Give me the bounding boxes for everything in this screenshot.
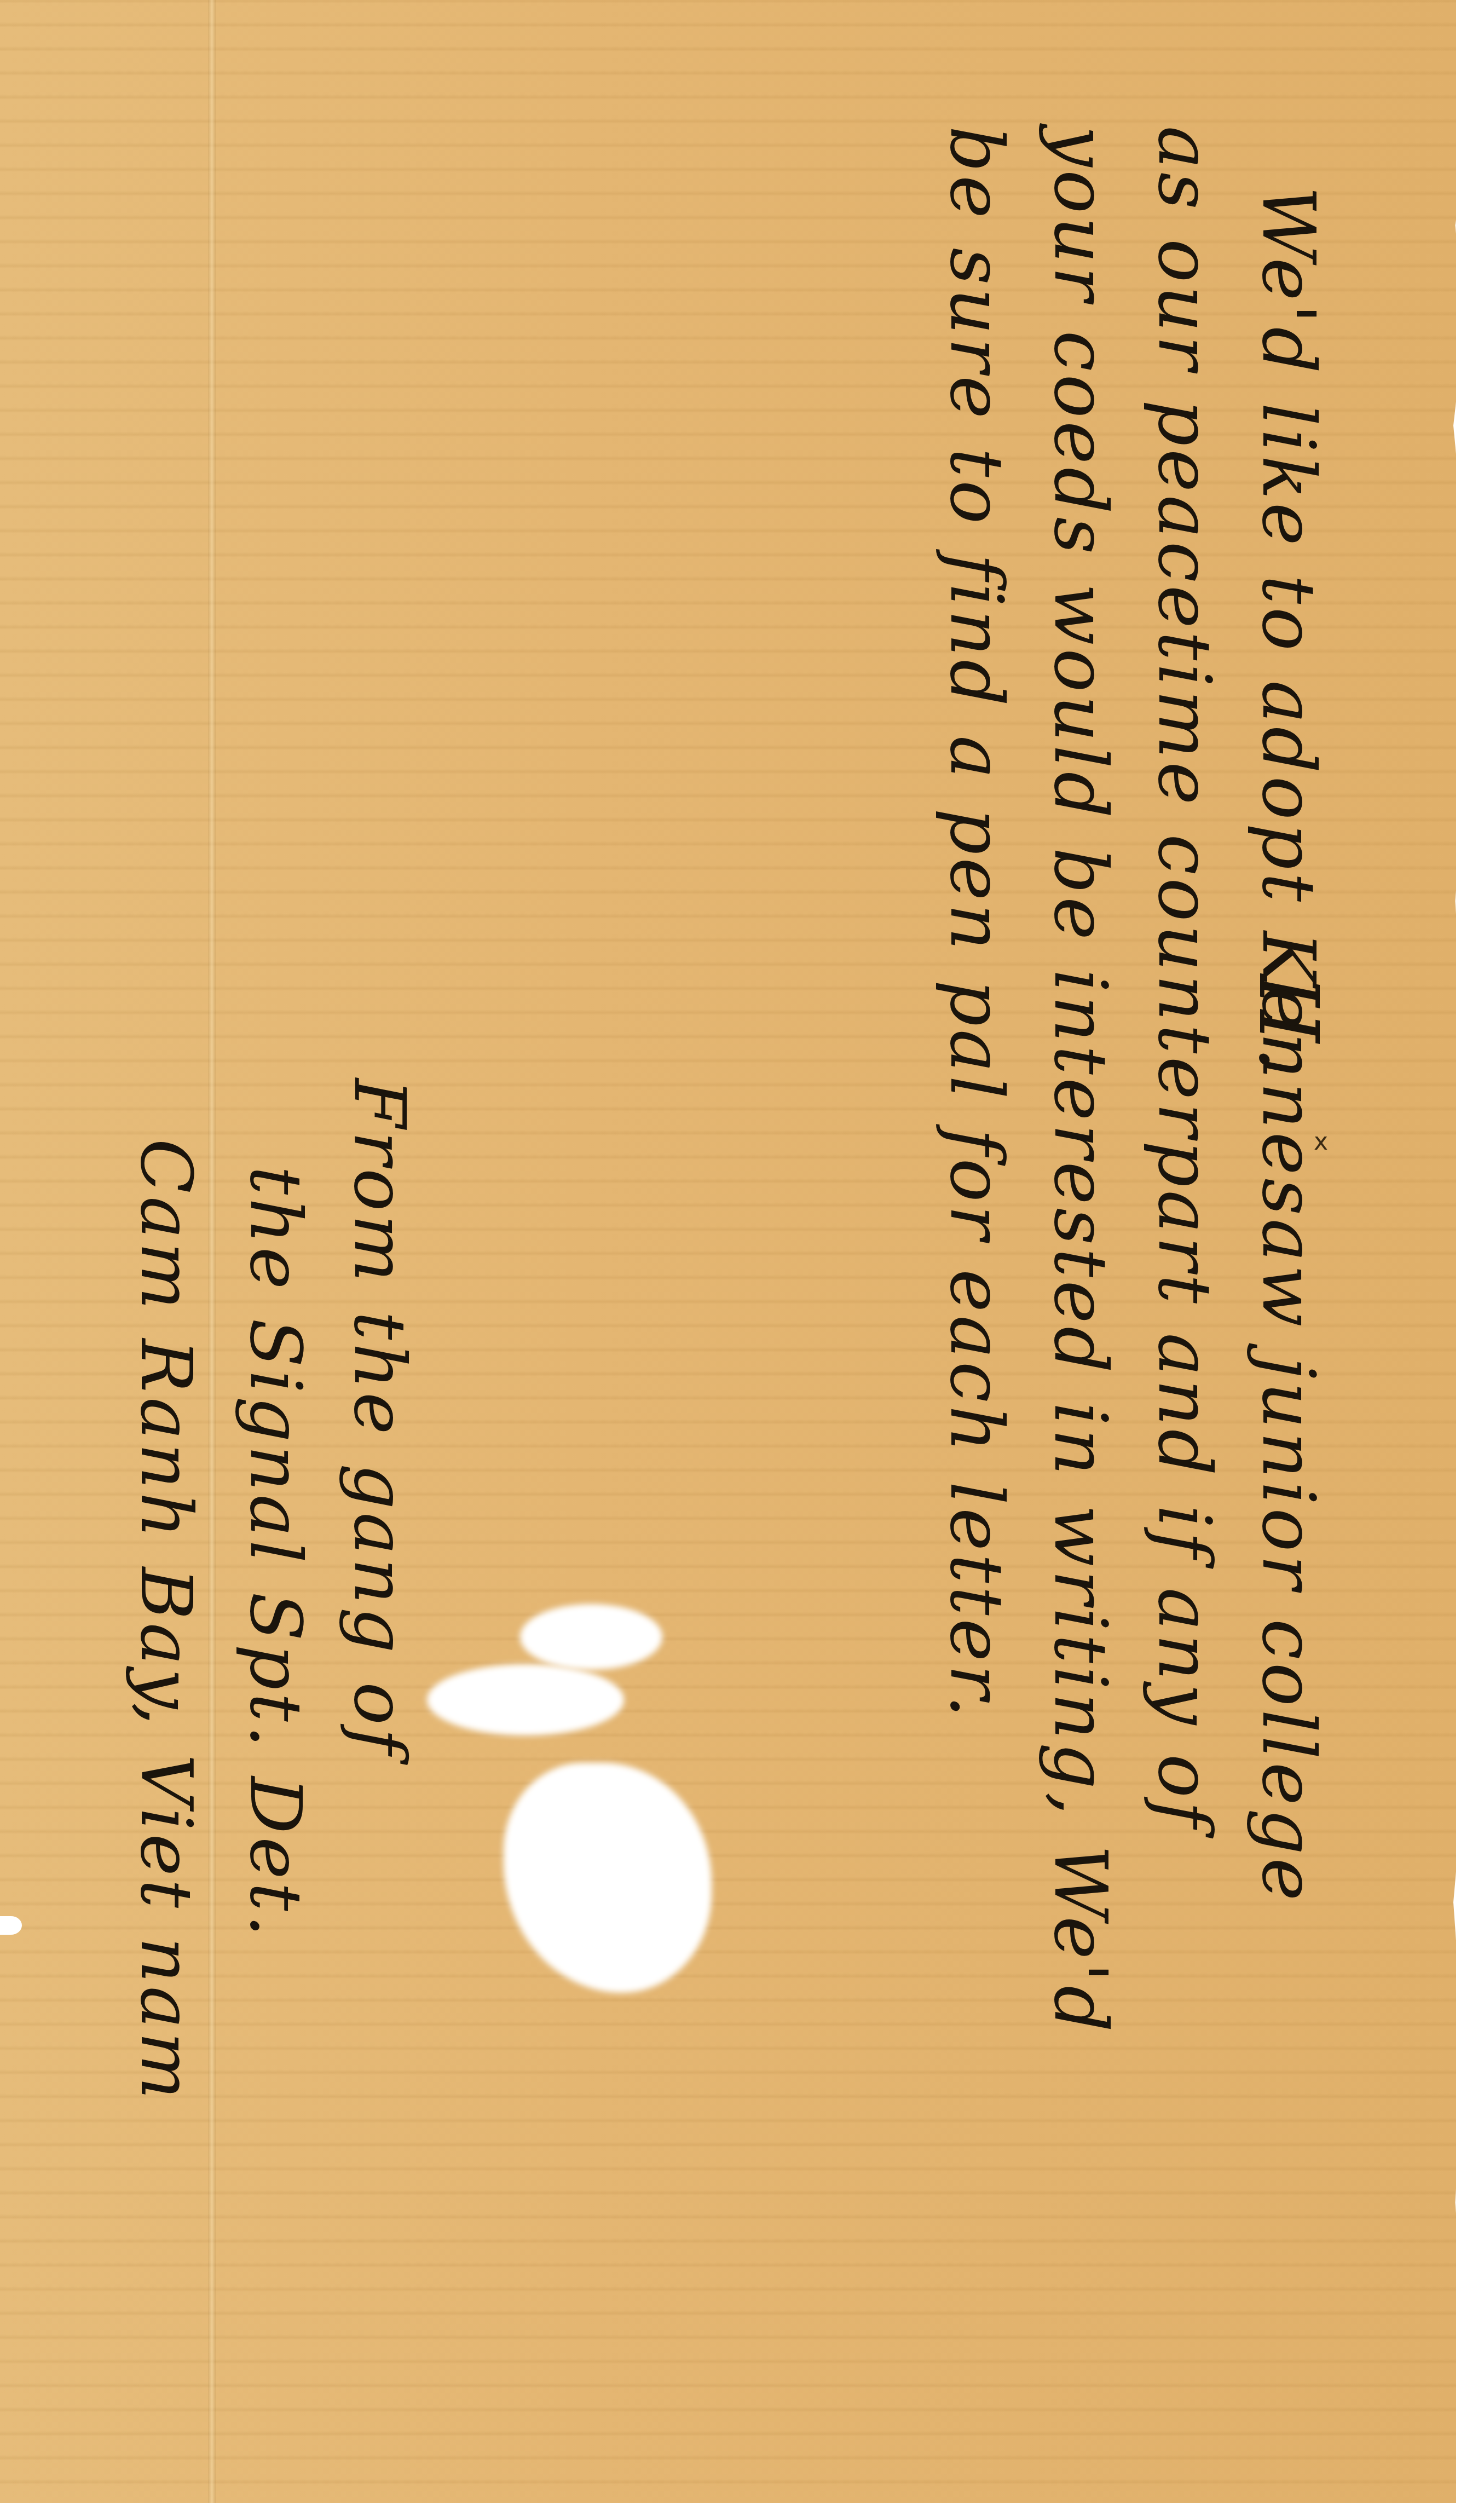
torn-hole (427, 1664, 624, 1735)
torn-hole (504, 1763, 712, 1993)
body-line: as our peacetime counterpart and if any … (1142, 126, 1226, 1831)
signature-line: From the gang of (338, 1079, 421, 1758)
body-line: We'd like to adopt Kennesaw junior colle… (1246, 186, 1330, 1904)
signature-line: Cam Ranh Bay, Viet nam (125, 1139, 208, 2103)
edge-notch (0, 1916, 22, 1935)
fold-crease (208, 0, 216, 2503)
torn-hole (520, 1604, 662, 1670)
body-line: your coeds would be interested in writin… (1038, 126, 1122, 2035)
signature-line: the Signal Spt. Det. (234, 1166, 317, 1940)
body-line: be sure to find a pen pal for each lette… (934, 126, 1018, 1721)
paper-sheet: II. x We'd like to adopt Kennesaw junior… (0, 0, 1456, 2503)
